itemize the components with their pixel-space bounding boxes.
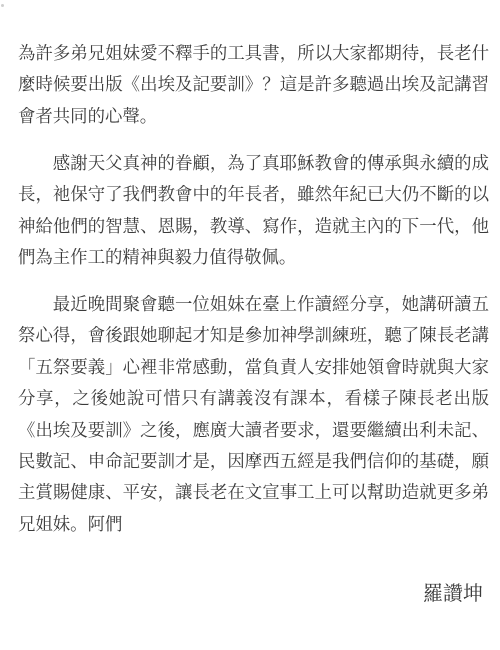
paragraph-2: 感謝天父真神的眷顧，為了真耶穌教會的傳承與永續的成長，祂保守了我們教會中的年長者…: [18, 148, 489, 274]
document-body: 為許多弟兄姐妹愛不釋手的工具書，所以大家都期待，長老什麼時候要出版《出埃及記要訓…: [18, 38, 489, 611]
paragraph-1: 為許多弟兄姐妹愛不釋手的工具書，所以大家都期待，長老什麼時候要出版《出埃及記要訓…: [18, 38, 489, 132]
document-page: 為許多弟兄姐妹愛不釋手的工具書，所以大家都期待，長老什麼時候要出版《出埃及記要訓…: [0, 0, 500, 650]
signature-name: 羅讚坤: [18, 579, 489, 610]
scan-artifact-speck: [1, 4, 4, 7]
paragraph-3: 最近晚間聚會聽一位姐妹在臺上作讀經分享，她講研讀五祭心得，會後跟她聊起才知是參加…: [18, 289, 489, 540]
